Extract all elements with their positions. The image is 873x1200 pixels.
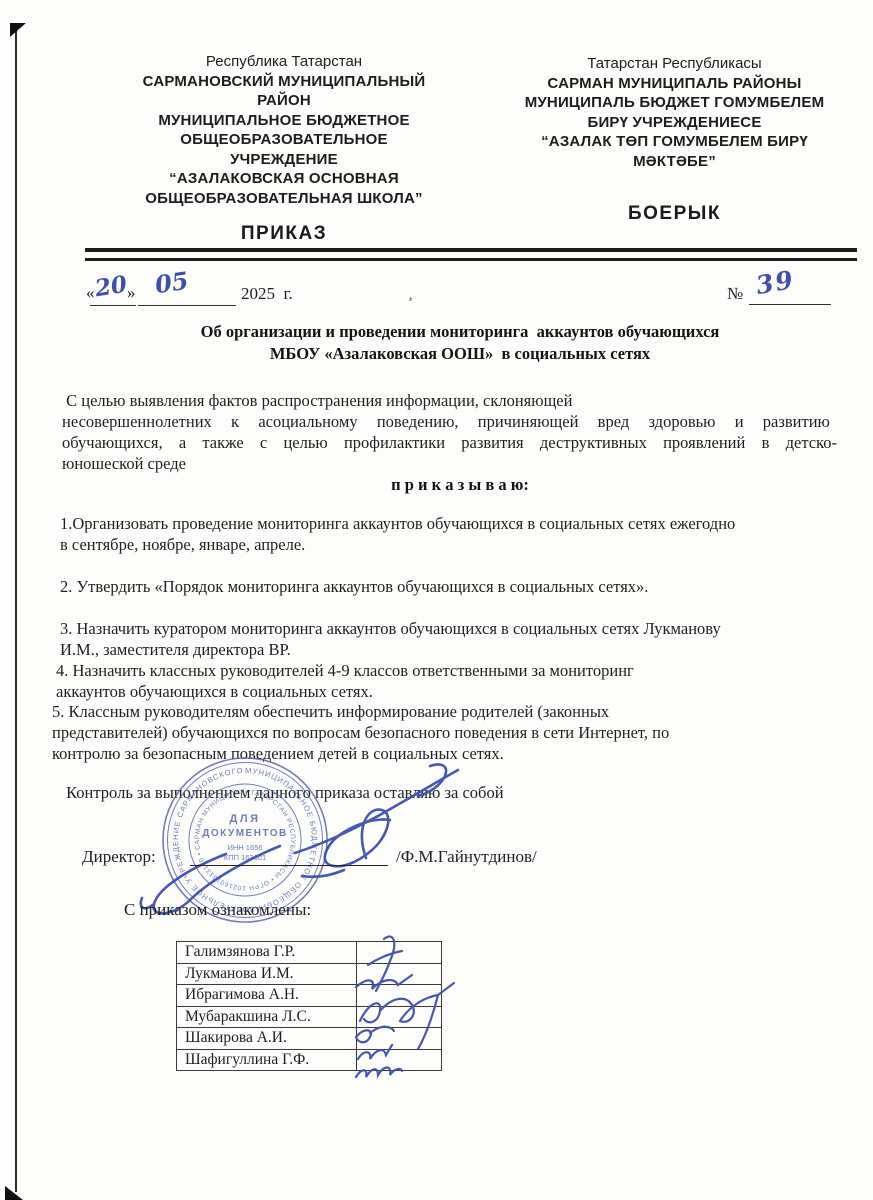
order-item-3: 3. Назначить куратором мониторинга аккау… (60, 618, 860, 660)
ack-name: Лукманова И.М. (177, 964, 357, 985)
ack-name: Мубаракшина Л.С. (177, 1007, 357, 1028)
doc-type-right: БОЕРЫК (482, 204, 867, 224)
day-underline (90, 304, 136, 306)
handwritten-day: 20 (93, 271, 129, 303)
ack-name: Шафигуллина Г.Ф. (177, 1050, 357, 1071)
header-rule-bottom (85, 258, 857, 261)
intro-line-4: юношеской среде (62, 453, 186, 474)
scanned-order-document: Республика Татарстан САРМАНОВСКИЙ МУНИЦИ… (0, 0, 873, 1200)
handwritten-month: 05 (153, 266, 190, 299)
header-right-region: Татарстан Республикасы (482, 54, 867, 74)
intro-line-1: С целью выявления фактов распространения… (62, 390, 572, 411)
acknowledgement-label: С приказом ознакомлены: (124, 899, 311, 920)
order-item-5: 5. Классным руководителям обеспечить инф… (52, 701, 852, 764)
acknowledgement-signatures (346, 925, 471, 1080)
header-left-region: Республика Татарстан (88, 52, 480, 72)
scan-corner-mark-top (10, 23, 26, 37)
order-title-line2: МБОУ «Азалаковская ООШ» в социальных сет… (65, 344, 855, 364)
date-quote-open: « (86, 282, 95, 303)
order-item-1: 1.Организовать проведение мониторинга ак… (60, 513, 860, 555)
doc-type-left: ПРИКАЗ (88, 224, 480, 244)
order-item-2: 2. Утвердить «Порядок мониторинга аккаун… (60, 576, 860, 597)
printed-year: 2025 г. (241, 283, 293, 304)
intro-line-2: несовершеннолетних к асоциальному поведе… (62, 411, 830, 432)
header-right-org-name: САРМАН МУНИЦИПАЛЬ РАЙОНЫ МУНИЦИПАЛЬ БЮДЖ… (482, 74, 867, 172)
date-quote-close: » (127, 282, 136, 303)
number-underline (749, 303, 831, 305)
number-sign: № (727, 283, 743, 304)
handwritten-number: 39 (754, 265, 797, 300)
header-left-block: Республика Татарстан САРМАНОВСКИЙ МУНИЦИ… (88, 52, 480, 244)
intro-line-3: обучающихся, а также с целью профилактик… (62, 432, 837, 453)
scan-corner-mark-bottom (5, 1186, 23, 1200)
director-signature-underline (190, 864, 388, 866)
header-right-block: Татарстан Республикасы САРМАН МУНИЦИПАЛЬ… (482, 54, 867, 224)
director-name: /Ф.М.Гайнутдинов/ (396, 846, 537, 867)
scan-edge-line (15, 30, 17, 1192)
header-rule-top (85, 248, 857, 252)
stray-apostrophe-mark: ’ (408, 293, 413, 314)
month-underline (138, 304, 236, 306)
order-item-4: 4. Назначить классных руководителей 4-9 … (56, 660, 856, 702)
decree-word: п р и к а з ы в а ю: (65, 475, 855, 495)
ack-name: Ибрагимова А.Н. (177, 985, 357, 1006)
director-label: Директор: (82, 846, 156, 867)
ack-name: Шакирова А.И. (177, 1028, 357, 1049)
order-title-line1: Об организации и проведении мониторинга … (65, 322, 855, 342)
header-left-org-name: САРМАНОВСКИЙ МУНИЦИПАЛЬНЫЙ РАЙОН МУНИЦИП… (88, 72, 480, 209)
ack-name: Галимзянова Г.Р. (177, 942, 357, 963)
